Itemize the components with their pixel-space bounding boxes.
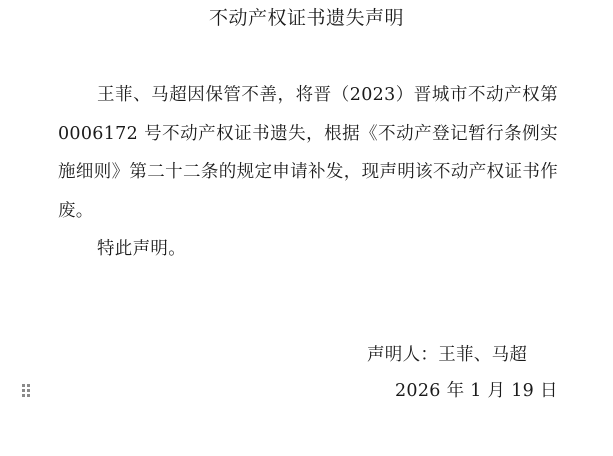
signer-line: 声明人：王菲、马超 bbox=[367, 341, 527, 369]
drag-handle-icon[interactable] bbox=[22, 384, 30, 398]
document-title: 不动产权证书遗失声明 bbox=[0, 4, 613, 32]
drag-dot bbox=[27, 384, 30, 387]
document-body: 王菲、马超因保管不善，将晋（2023）晋城市不动产权第 0006172 号不动产… bbox=[58, 76, 558, 269]
closing-statement: 特此声明。 bbox=[58, 230, 558, 269]
declaration-paragraph: 王菲、马超因保管不善，将晋（2023）晋城市不动产权第 0006172 号不动产… bbox=[58, 76, 558, 230]
drag-dot bbox=[27, 394, 30, 397]
drag-dot bbox=[27, 389, 30, 392]
drag-dot bbox=[22, 389, 25, 392]
date-line: 2026 年 1 月 19 日 bbox=[395, 377, 558, 405]
drag-dot bbox=[22, 394, 25, 397]
drag-dot bbox=[22, 384, 25, 387]
